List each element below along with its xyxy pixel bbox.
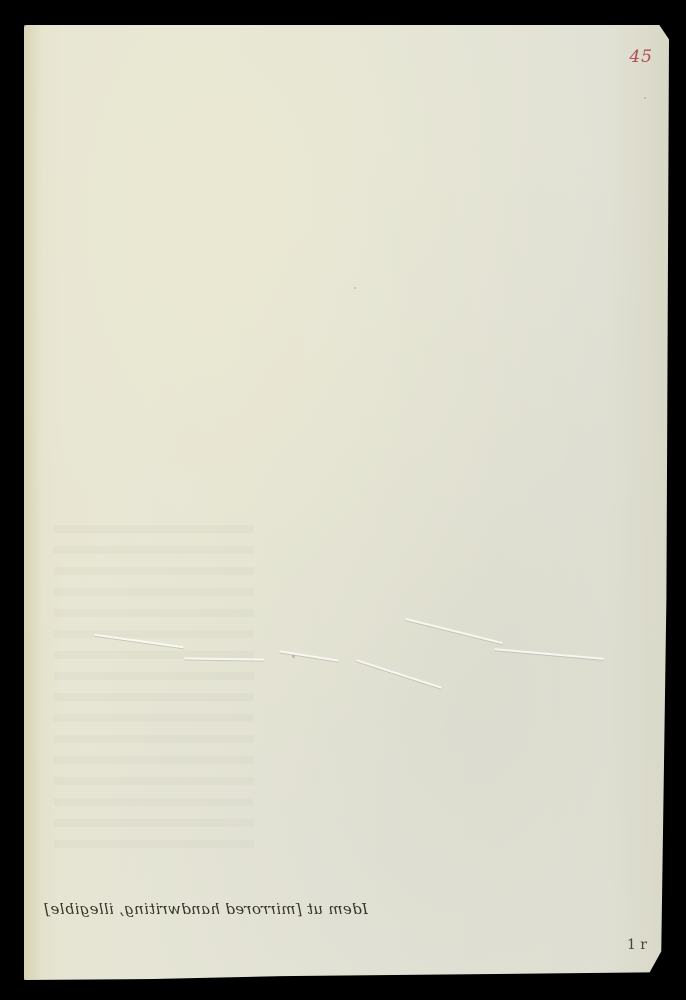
paper-spot [354,287,356,289]
paper-crease [494,648,604,660]
page-left-edge [24,25,42,980]
corner-mark: 1 r [627,937,647,953]
paper-spot [644,97,646,99]
paper-crease [356,659,442,689]
paper-crease [405,618,503,644]
paper-crease [279,650,339,661]
mirrored-handwriting: Idem ut [mirrored handwriting, illegible… [44,900,444,918]
manuscript-page: 45 Idem ut [mirrored handwriting, illegi… [24,25,669,980]
bleed-through-text [54,525,254,855]
folio-number: 45 [629,47,653,67]
paper-spot [292,655,295,658]
